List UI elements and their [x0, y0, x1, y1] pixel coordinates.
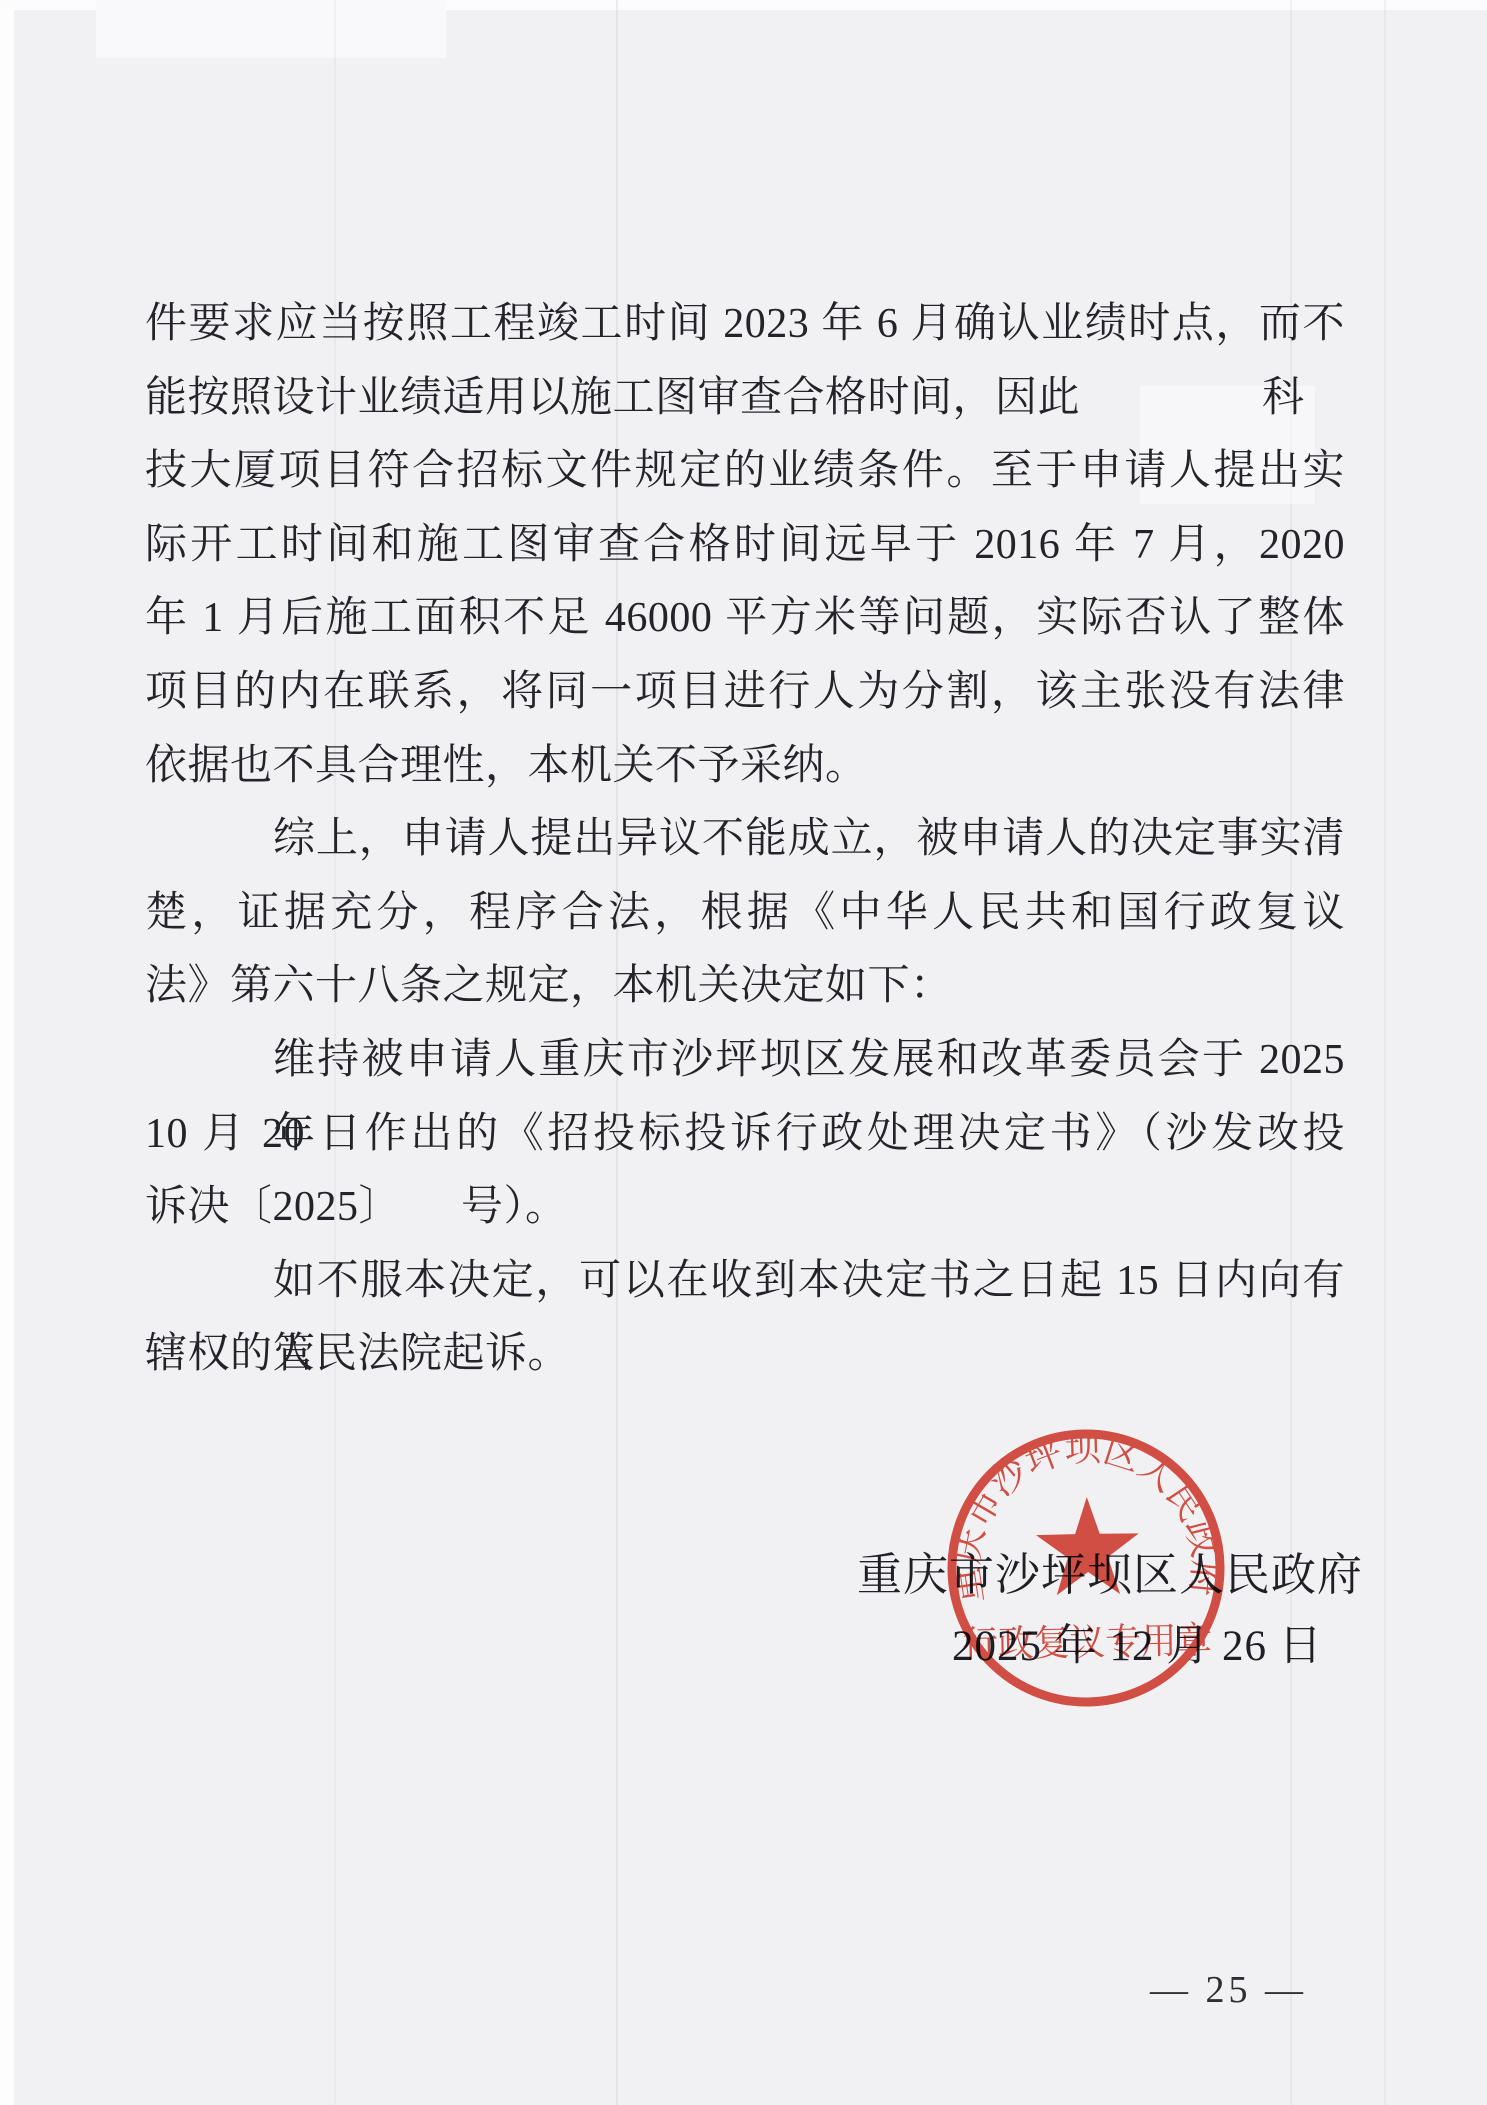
body-line: 楚，证据充分，程序合法，根据《中华人民共和国行政复议 [145, 877, 1345, 951]
line-text-before-gap: 诉决〔2025〕 [145, 1184, 401, 1230]
body-line: 项目的内在联系，将同一项目进行人为分割，该主张没有法律 [145, 656, 1345, 730]
scanned-document-page: 件要求应当按照工程竣工时间 2023 年 6 月确认业绩时点，而不 能按照设计业… [0, 0, 1487, 2105]
document-body: 件要求应当按照工程竣工时间 2023 年 6 月确认业绩时点，而不 能按照设计业… [145, 288, 1345, 1392]
body-line: 法》第六十八条之规定，本机关决定如下： [145, 950, 1345, 1024]
body-line: 依据也不具合理性，本机关不予采纳。 [145, 730, 1345, 804]
page-number: — 25 — [1150, 1968, 1307, 2012]
body-line-paragraph-start: 如不服本决定，可以在收到本决定书之日起 15 日内向有管 [145, 1245, 1345, 1319]
star-icon [1035, 1496, 1139, 1595]
scan-streak [1384, 0, 1386, 2105]
official-seal-stamp: 重庆市沙坪坝区人民政府 行政复议专用章 [938, 1420, 1233, 1715]
line-text-after-gap: 科 [1262, 375, 1305, 421]
body-line: 技大厦项目符合招标文件规定的业绩条件。至于申请人提出实 [145, 435, 1345, 509]
scan-edge-left [0, 0, 14, 2105]
body-line-with-redaction-gap: 能按照设计业绩适用以施工图审查合格时间，因此科 [145, 362, 1345, 436]
line-text-before-gap: 能按照设计业绩适用以施工图审查合格时间，因此 [145, 375, 1080, 421]
body-line: 件要求应当按照工程竣工时间 2023 年 6 月确认业绩时点，而不 [145, 288, 1345, 362]
body-line: 年 1 月后施工面积不足 46000 平方米等问题，实际否认了整体 [145, 582, 1345, 656]
redacted-blank [401, 1219, 461, 1220]
stamp-banner-label: 行政复议专用章 [962, 1620, 1213, 1666]
scan-artifact-band [96, 0, 446, 58]
body-line: 10 月 20 日作出的《招投标投诉行政处理决定书》（沙发改投 [145, 1098, 1345, 1172]
body-line: 际开工时间和施工图审查合格时间远早于 2016 年 7 月，2020 [145, 509, 1345, 583]
body-line: 辖权的人民法院起诉。 [145, 1318, 1345, 1392]
body-line-paragraph-start: 综上，申请人提出异议不能成立，被申请人的决定事实清 [145, 803, 1345, 877]
body-line-paragraph-start: 维持被申请人重庆市沙坪坝区发展和改革委员会于 2025 年 [145, 1024, 1345, 1098]
redacted-blank [1080, 410, 1262, 411]
line-text-after-gap: 号）。 [461, 1184, 568, 1230]
body-line-with-redaction-gap: 诉决〔2025〕号）。 [145, 1171, 1345, 1245]
